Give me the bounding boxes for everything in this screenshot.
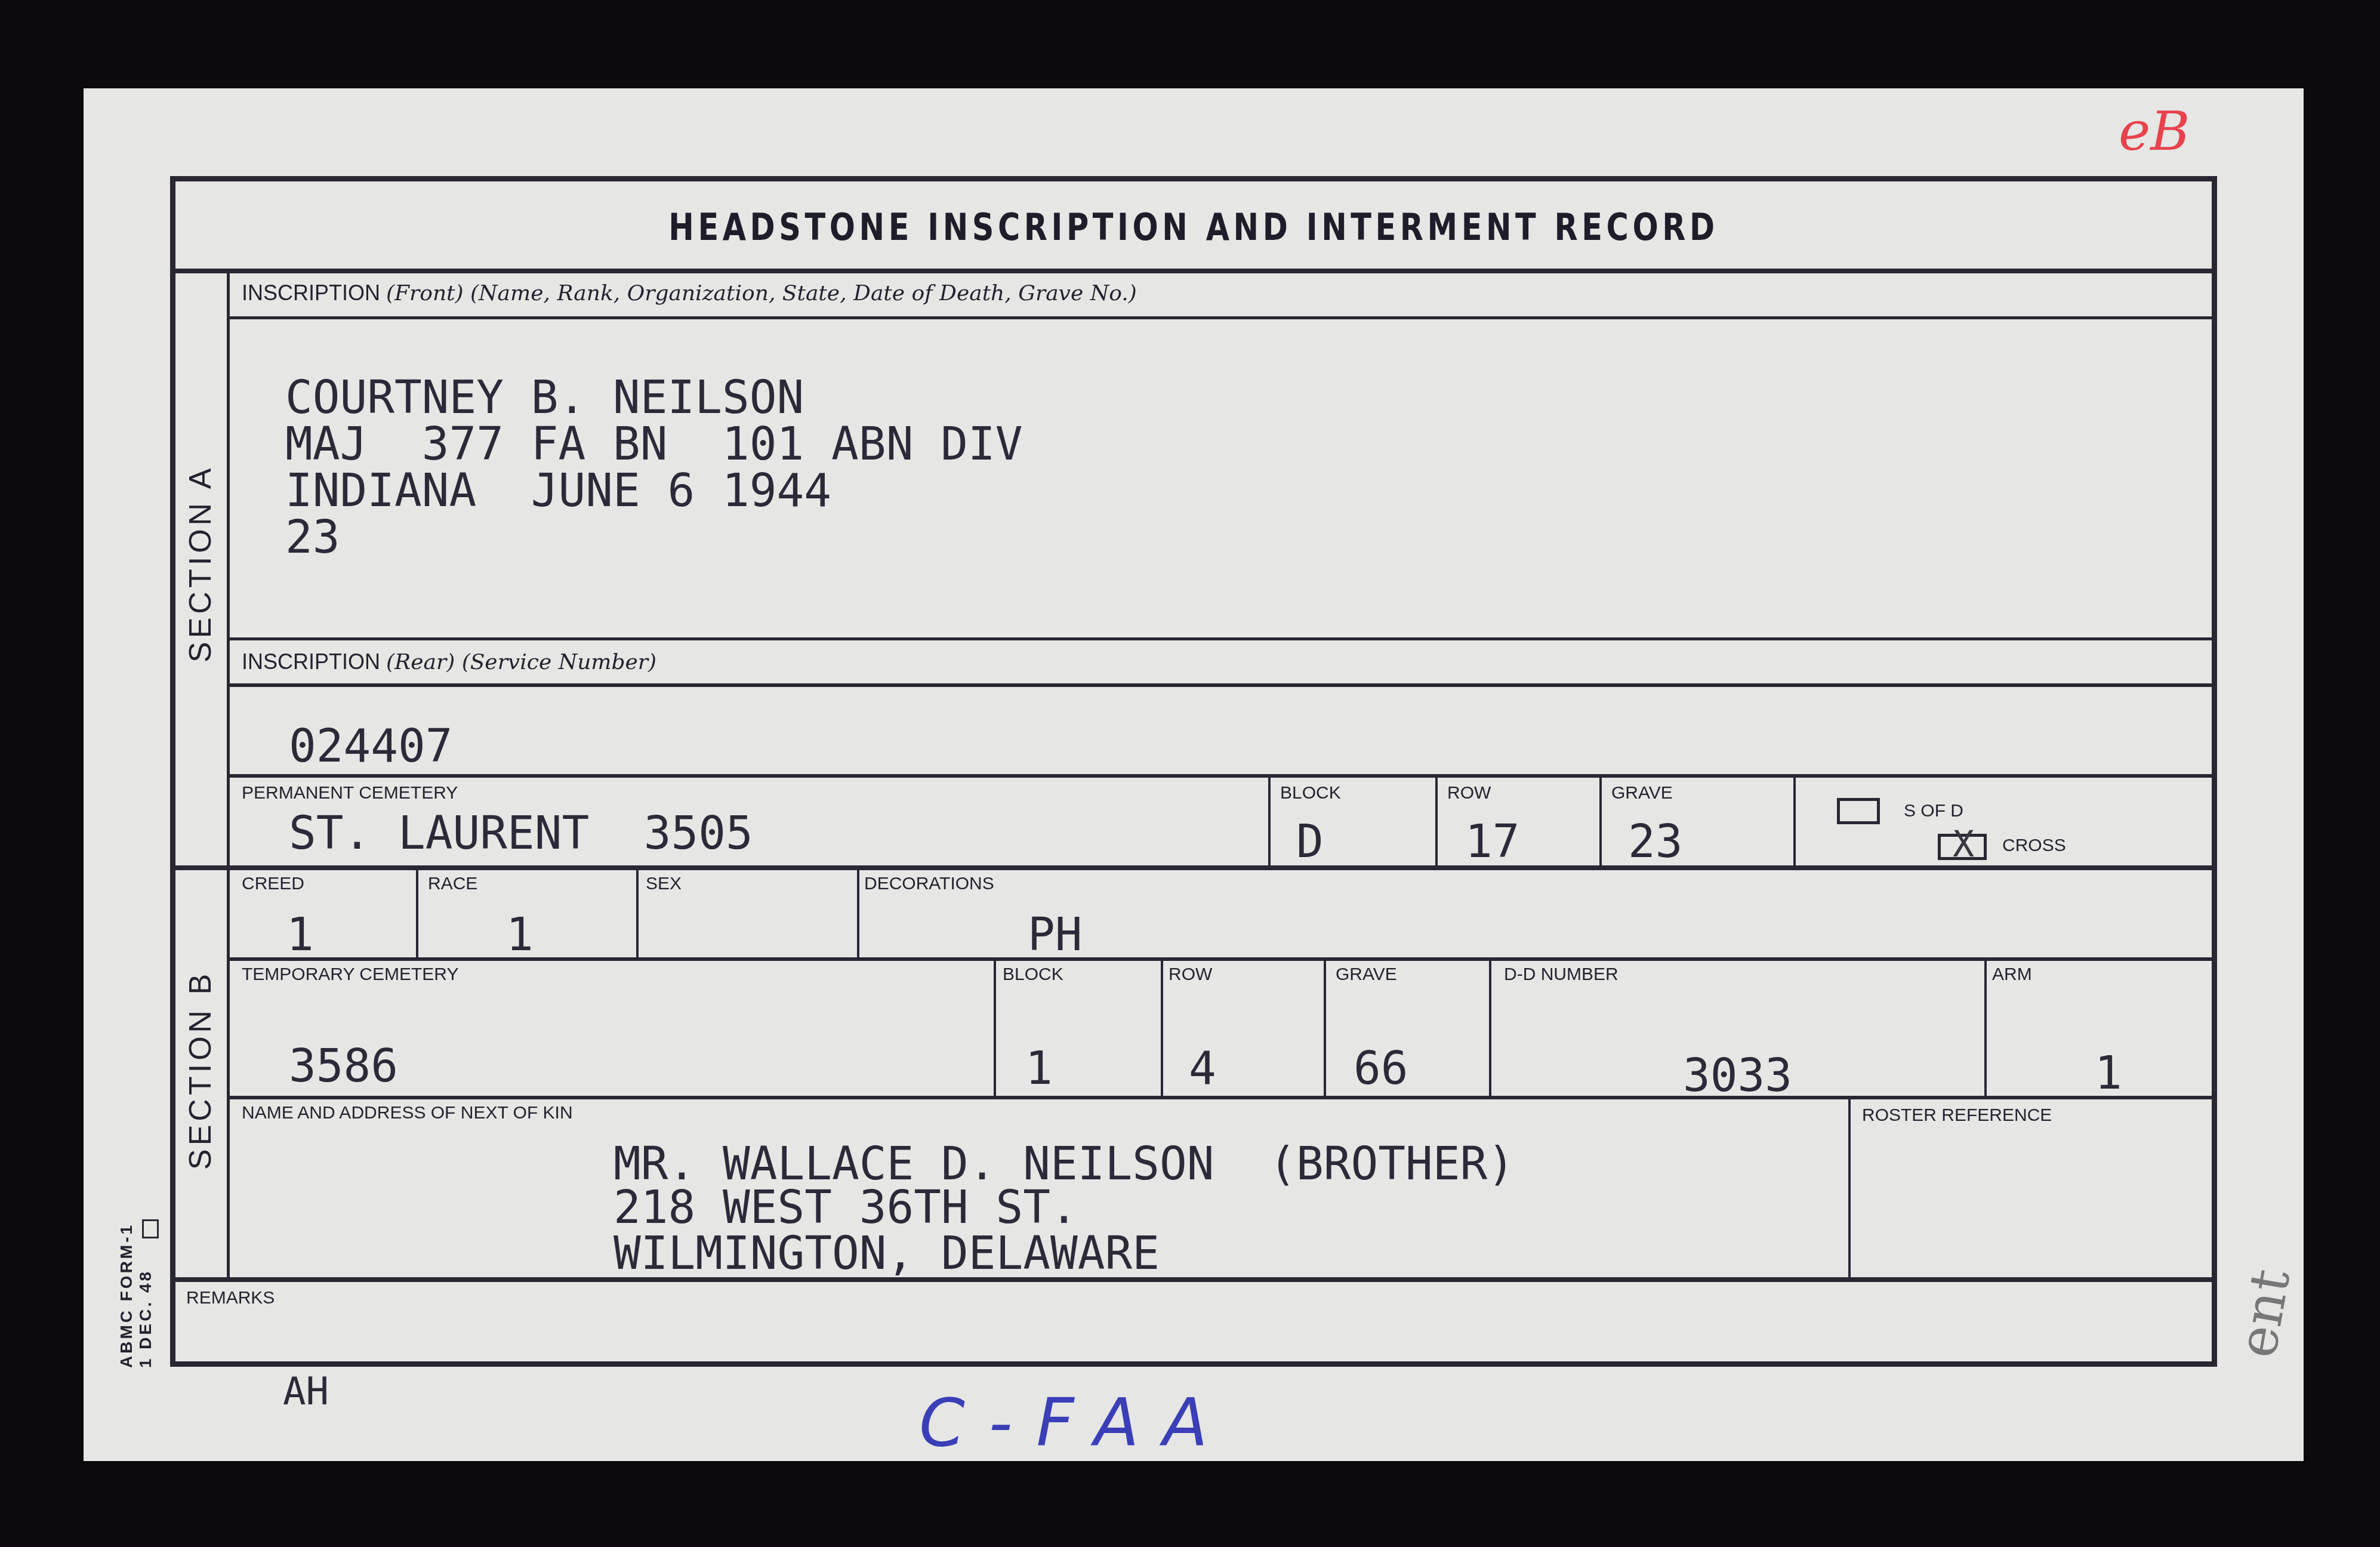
cross-label: CROSS (2002, 836, 2066, 856)
permanent-cemetery-value[interactable]: ST. LAURENT 3505 (289, 811, 753, 856)
temporary-cemetery-label: TEMPORARY CEMETERY (242, 964, 458, 985)
remarks-label: REMARKS (186, 1288, 275, 1308)
cell-divider (1435, 776, 1438, 867)
temp-grave-label: GRAVE (1336, 964, 1397, 985)
form-id-checkbox[interactable] (142, 1219, 159, 1238)
next-of-kin-name[interactable]: MR. WALLACE D. NEILSON (BROTHER) (614, 1141, 1515, 1187)
perm-block-value[interactable]: D (1296, 819, 1324, 864)
temp-block-label: BLOCK (1003, 964, 1063, 985)
perm-grave-value[interactable]: 23 (1628, 819, 1683, 864)
temp-row-value[interactable]: 4 (1189, 1046, 1216, 1091)
perm-row-label: ROW (1447, 783, 1491, 803)
form-id: ABMC FORM-1 1 DEC. 48 (117, 1223, 155, 1368)
inscription-name[interactable]: COURTNEY B. NEILSON (285, 375, 804, 420)
cell-divider (1599, 776, 1602, 867)
temporary-cemetery-value[interactable]: 3586 (289, 1043, 398, 1089)
creed-label: CREED (242, 874, 304, 894)
decorations-value[interactable]: PH (1028, 912, 1083, 957)
cell-divider (1793, 776, 1796, 867)
sofd-checkbox[interactable] (1837, 798, 1880, 824)
sofd-label: S OF D (1904, 801, 1963, 821)
red-initials-annotation: eB (2119, 100, 2190, 163)
perm-row-value[interactable]: 17 (1465, 819, 1520, 864)
divider (227, 1096, 2214, 1099)
typed-initials: AH (283, 1373, 329, 1411)
section-divider (227, 272, 230, 1280)
inscription-rank-unit[interactable]: MAJ 377 FA BN 101 ABN DIV (285, 421, 1022, 467)
divider (227, 316, 2214, 319)
cross-check-mark: X (1953, 824, 1974, 865)
perm-grave-label: GRAVE (1611, 783, 1673, 803)
next-of-kin-street[interactable]: 218 WEST 36TH ST. (614, 1185, 1078, 1230)
divider (227, 683, 2214, 687)
cell-divider (416, 868, 418, 959)
race-label: RACE (428, 874, 477, 894)
divider (227, 637, 2214, 640)
permanent-cemetery-label: PERMANENT CEMETERY (242, 783, 458, 803)
inscription-front-label: INSCRIPTION (Front) (Name, Rank, Organiz… (242, 281, 1137, 306)
arm-value[interactable]: 1 (2095, 1050, 2122, 1096)
cell-divider (1984, 959, 1987, 1098)
decorations-label: DECORATIONS (864, 874, 994, 894)
temp-row-label: ROW (1169, 964, 1212, 985)
form-id-line2: 1 DEC. 48 (136, 1223, 155, 1368)
inscription-state-date[interactable]: INDIANA JUNE 6 1944 (285, 468, 831, 513)
handwritten-code: C-FAA (919, 1385, 1232, 1461)
cross-checkbox[interactable]: X (1938, 834, 1987, 860)
cell-divider (636, 868, 639, 959)
form-title: HEADSTONE INSCRIPTION AND INTERMENT RECO… (359, 205, 2028, 249)
cell-divider (1161, 959, 1163, 1098)
divider (173, 269, 2214, 273)
inscription-rear-label: INSCRIPTION (Rear) (Service Number) (242, 649, 656, 674)
next-of-kin-label: NAME AND ADDRESS OF NEXT OF KIN (242, 1103, 573, 1123)
dd-number-value[interactable]: 3033 (1683, 1053, 1792, 1098)
cell-divider (994, 959, 996, 1098)
cell-divider (857, 868, 859, 959)
race-value[interactable]: 1 (506, 912, 534, 957)
next-of-kin-city[interactable]: WILMINGTON, DELAWARE (614, 1231, 1160, 1276)
creed-value[interactable]: 1 (286, 912, 314, 957)
section-b-label: SECTION B (183, 970, 218, 1170)
cell-divider (1268, 776, 1271, 867)
inscription-grave-no[interactable]: 23 (285, 514, 340, 560)
pencil-annotation: ent (2225, 1265, 2302, 1362)
divider (173, 865, 2214, 870)
divider (227, 774, 2214, 778)
dd-number-label: D-D NUMBER (1504, 964, 1618, 985)
form-id-line1: ABMC FORM-1 (117, 1223, 136, 1368)
cell-divider (1848, 1098, 1851, 1280)
divider (173, 1277, 2214, 1282)
cell-divider (1324, 959, 1326, 1098)
temp-block-value[interactable]: 1 (1025, 1046, 1053, 1091)
temp-grave-value[interactable]: 66 (1354, 1046, 1408, 1091)
sex-label: SEX (646, 874, 682, 894)
section-a-label: SECTION A (183, 465, 218, 662)
cell-divider (1489, 959, 1491, 1098)
perm-block-label: BLOCK (1280, 783, 1341, 803)
arm-label: ARM (1992, 964, 2032, 985)
roster-reference-label: ROSTER REFERENCE (1862, 1105, 2052, 1126)
service-number[interactable]: 024407 (289, 723, 453, 769)
